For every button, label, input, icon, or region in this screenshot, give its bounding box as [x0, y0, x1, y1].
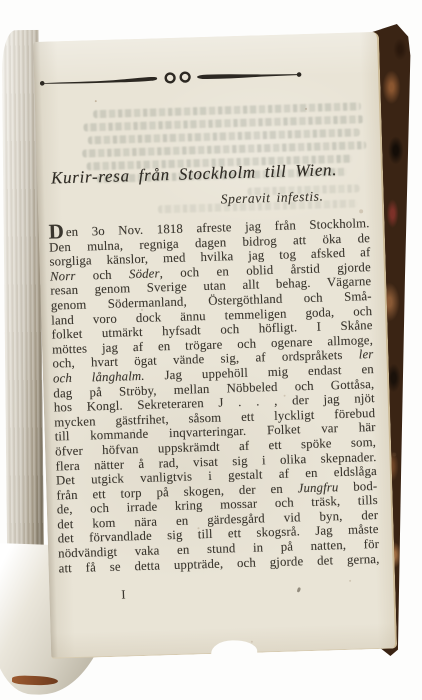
signature-mark: I	[121, 587, 126, 602]
paper-chip	[211, 640, 257, 655]
epigraph: Speravit infestis.	[221, 188, 324, 207]
book-page: Kurir-resa från Stockholm till Wien. Spe…	[33, 32, 397, 659]
foxing-specks	[95, 100, 97, 102]
body-text: Den 3o Nov. 1818 afreste jag från Stockh…	[48, 216, 379, 576]
book-photo: Kurir-resa från Stockholm till Wien. Spe…	[0, 0, 422, 700]
ornament-rule	[39, 66, 305, 90]
ink-fleck	[297, 587, 301, 593]
